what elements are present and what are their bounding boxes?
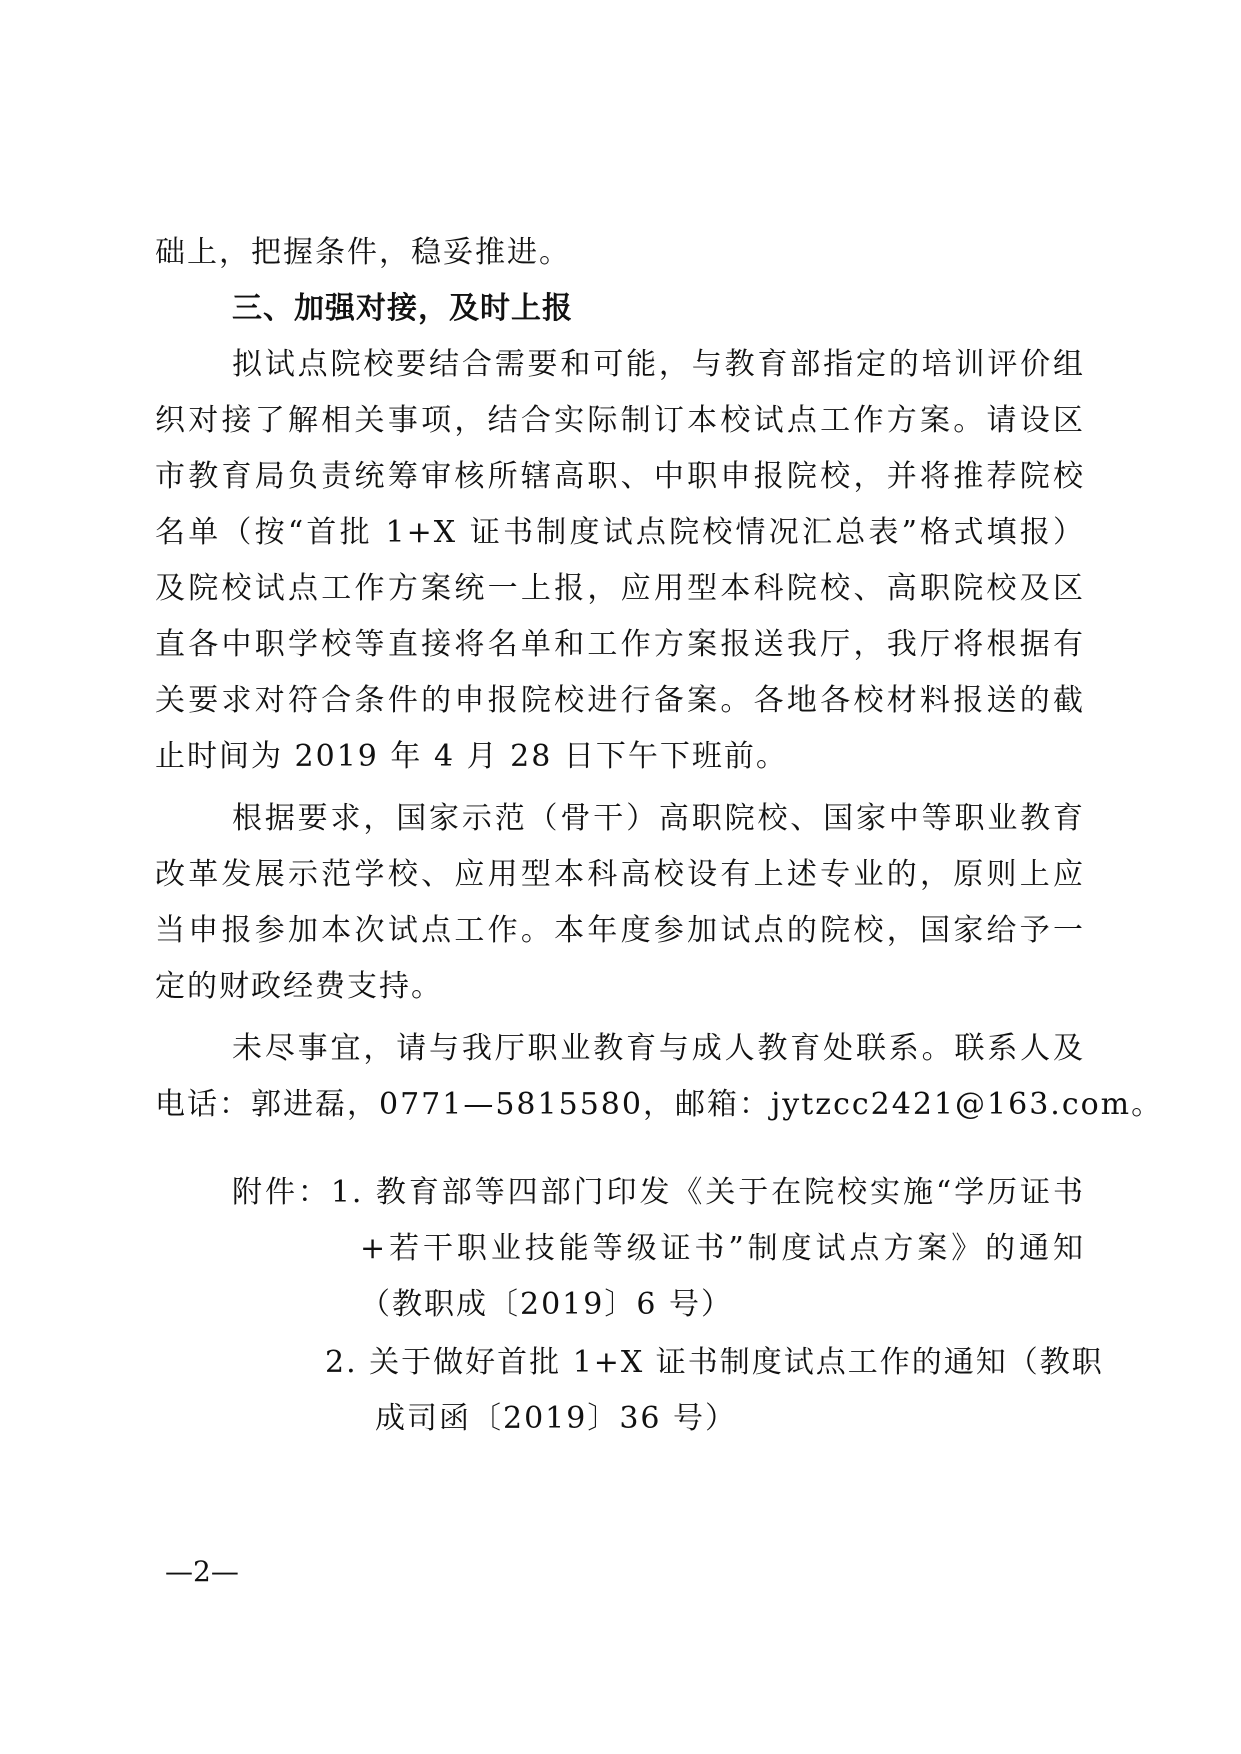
paragraph-line: 及院校试点工作方案统一上报，应用型本科院校、高职院校及区 bbox=[155, 561, 1085, 617]
paragraph-line: 关要求对符合条件的申报院校进行备案。各地各校材料报送的截 bbox=[155, 673, 1085, 729]
paragraph-line: 改革发展示范学校、应用型本科高校设有上述专业的，原则上应 bbox=[155, 847, 1085, 903]
section-heading: 三、加强对接，及时上报 bbox=[232, 281, 1085, 337]
attachment-item-1-doc-number: （教职成〔2019〕6 号） bbox=[360, 1277, 1085, 1333]
paragraph-line: 市教育局负责统筹审核所辖高职、中职申报院校，并将推荐院校 bbox=[155, 449, 1085, 505]
attachment-item-1-continued: +若干职业技能等级证书”制度试点方案》的通知 bbox=[360, 1221, 1085, 1277]
paragraph-line: 根据要求，国家示范（骨干）高职院校、国家中等职业教育 bbox=[232, 791, 1085, 847]
paragraph-line: 拟试点院校要结合需要和可能，与教育部指定的培训评价组 bbox=[232, 337, 1085, 393]
paragraph-line: 名单（按“首批 1+X 证书制度试点院校情况汇总表”格式填报） bbox=[155, 505, 1085, 561]
attachment-item-2-doc-number: 成司函〔2019〕36 号） bbox=[375, 1391, 1085, 1447]
paragraph-line: 直各中职学校等直接将名单和工作方案报送我厅，我厅将根据有 bbox=[155, 617, 1085, 673]
paragraph-line: 定的财政经费支持。 bbox=[155, 959, 1085, 1015]
paragraph-line: 未尽事宜，请与我厅职业教育与成人教育处联系。联系人及 bbox=[232, 1021, 1085, 1077]
page-number: —2— bbox=[165, 1555, 239, 1588]
attachment-item-2: 2. 关于做好首批 1+X 证书制度试点工作的通知（教职 bbox=[325, 1335, 1085, 1391]
attachment-item-1: 附件：1. 教育部等四部门印发《关于在院校实施“学历证书 bbox=[232, 1165, 1085, 1221]
paragraph-line: 止时间为 2019 年 4 月 28 日下午下班前。 bbox=[155, 729, 1085, 785]
paragraph-line: 织对接了解相关事项，结合实际制订本校试点工作方案。请设区 bbox=[155, 393, 1085, 449]
document-page: 础上，把握条件，稳妥推进。 三、加强对接，及时上报 拟试点院校要结合需要和可能，… bbox=[0, 0, 1241, 1754]
paragraph-line: 当申报参加本次试点工作。本年度参加试点的院校，国家给予一 bbox=[155, 903, 1085, 959]
contact-line: 电话：郭进磊，0771—5815580，邮箱：jytzcc2421@163.co… bbox=[155, 1077, 1085, 1133]
continuation-line: 础上，把握条件，稳妥推进。 bbox=[155, 225, 1085, 281]
